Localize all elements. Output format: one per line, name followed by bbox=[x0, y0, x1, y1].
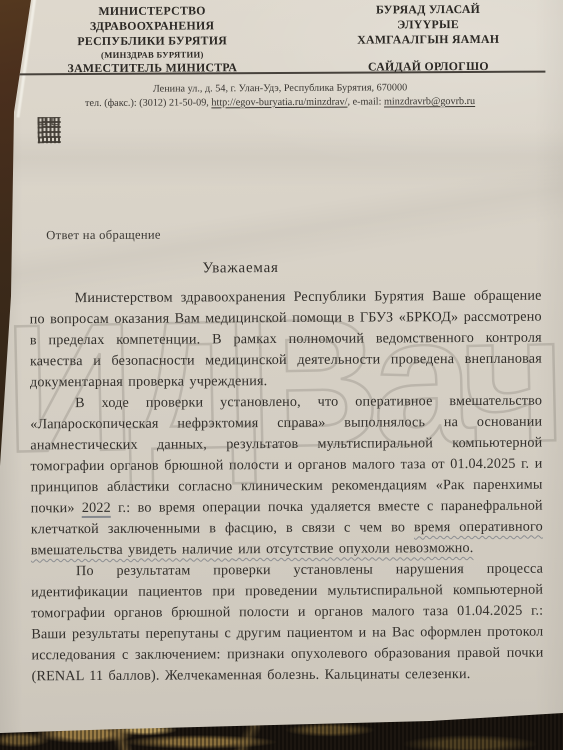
letterhead-contacts: Ленина ул., д. 54, г. Улан-Удэ, Республи… bbox=[0, 81, 562, 111]
org-name-line: МИНИСТЕРСТВО bbox=[26, 3, 278, 19]
paragraph-inspection-findings: В ходе проверки установлено, что операти… bbox=[30, 391, 543, 562]
qr-code-icon bbox=[38, 117, 61, 143]
contact-line: тел. (факс.): (3012) 21-50-09, http://eg… bbox=[0, 94, 562, 110]
phone-fax: тел. (факс.): (3012) 21-50-09, bbox=[85, 97, 209, 109]
org-name-line: ХАМГААЛГЫН ЯАМАН bbox=[309, 32, 547, 48]
website-link: http://egov-buryatia.ru/minzdrav/ bbox=[211, 96, 347, 108]
paragraph-identification-violations: По результатам проверки установлены нару… bbox=[31, 559, 544, 688]
org-name-line: ЗДРАВООХРАНЕНИЯ bbox=[26, 18, 278, 34]
letter-sheet: МИНИСТЕРСТВО ЗДРАВООХРАНЕНИЯ РЕСПУБЛИКИ … bbox=[0, 0, 563, 750]
letterhead-org-russian: МИНИСТЕРСТВО ЗДРАВООХРАНЕНИЯ РЕСПУБЛИКИ … bbox=[26, 3, 278, 76]
org-name-line: БУРЯАД УЛАСАЙ bbox=[309, 2, 547, 18]
letterhead: МИНИСТЕРСТВО ЗДРАВООХРАНЕНИЯ РЕСПУБЛИКИ … bbox=[0, 0, 561, 76]
org-name-line: РЕСПУБЛИКИ БУРЯТИЯ bbox=[26, 33, 278, 49]
pen-underline-year: 2022 bbox=[82, 500, 111, 518]
reply-type-label: Ответ на обращение bbox=[46, 228, 161, 244]
paragraph-inspection-intro: Министерством здравоохранения Республики… bbox=[30, 286, 543, 394]
letter-content: МИНИСТЕРСТВО ЗДРАВООХРАНЕНИЯ РЕСПУБЛИКИ … bbox=[0, 0, 563, 750]
letter-body: Министерством здравоохранения Республики… bbox=[30, 286, 544, 688]
letterhead-org-buryat: БУРЯАД УЛАСАЙ ЭЛҮҮРЫЕ ХАМГААЛГЫН ЯАМАН С… bbox=[309, 2, 547, 75]
email-label: , e-mail: bbox=[347, 96, 381, 107]
org-name-line: ЭЛҮҮРЫЕ bbox=[309, 17, 547, 33]
email-link: minzdravrb@govrb.ru bbox=[384, 95, 475, 106]
photographed-letter: МИНИСТЕРСТВО ЗДРАВООХРАНЕНИЯ РЕСПУБЛИКИ … bbox=[0, 0, 563, 750]
salutation: Уважаемая bbox=[202, 260, 278, 277]
